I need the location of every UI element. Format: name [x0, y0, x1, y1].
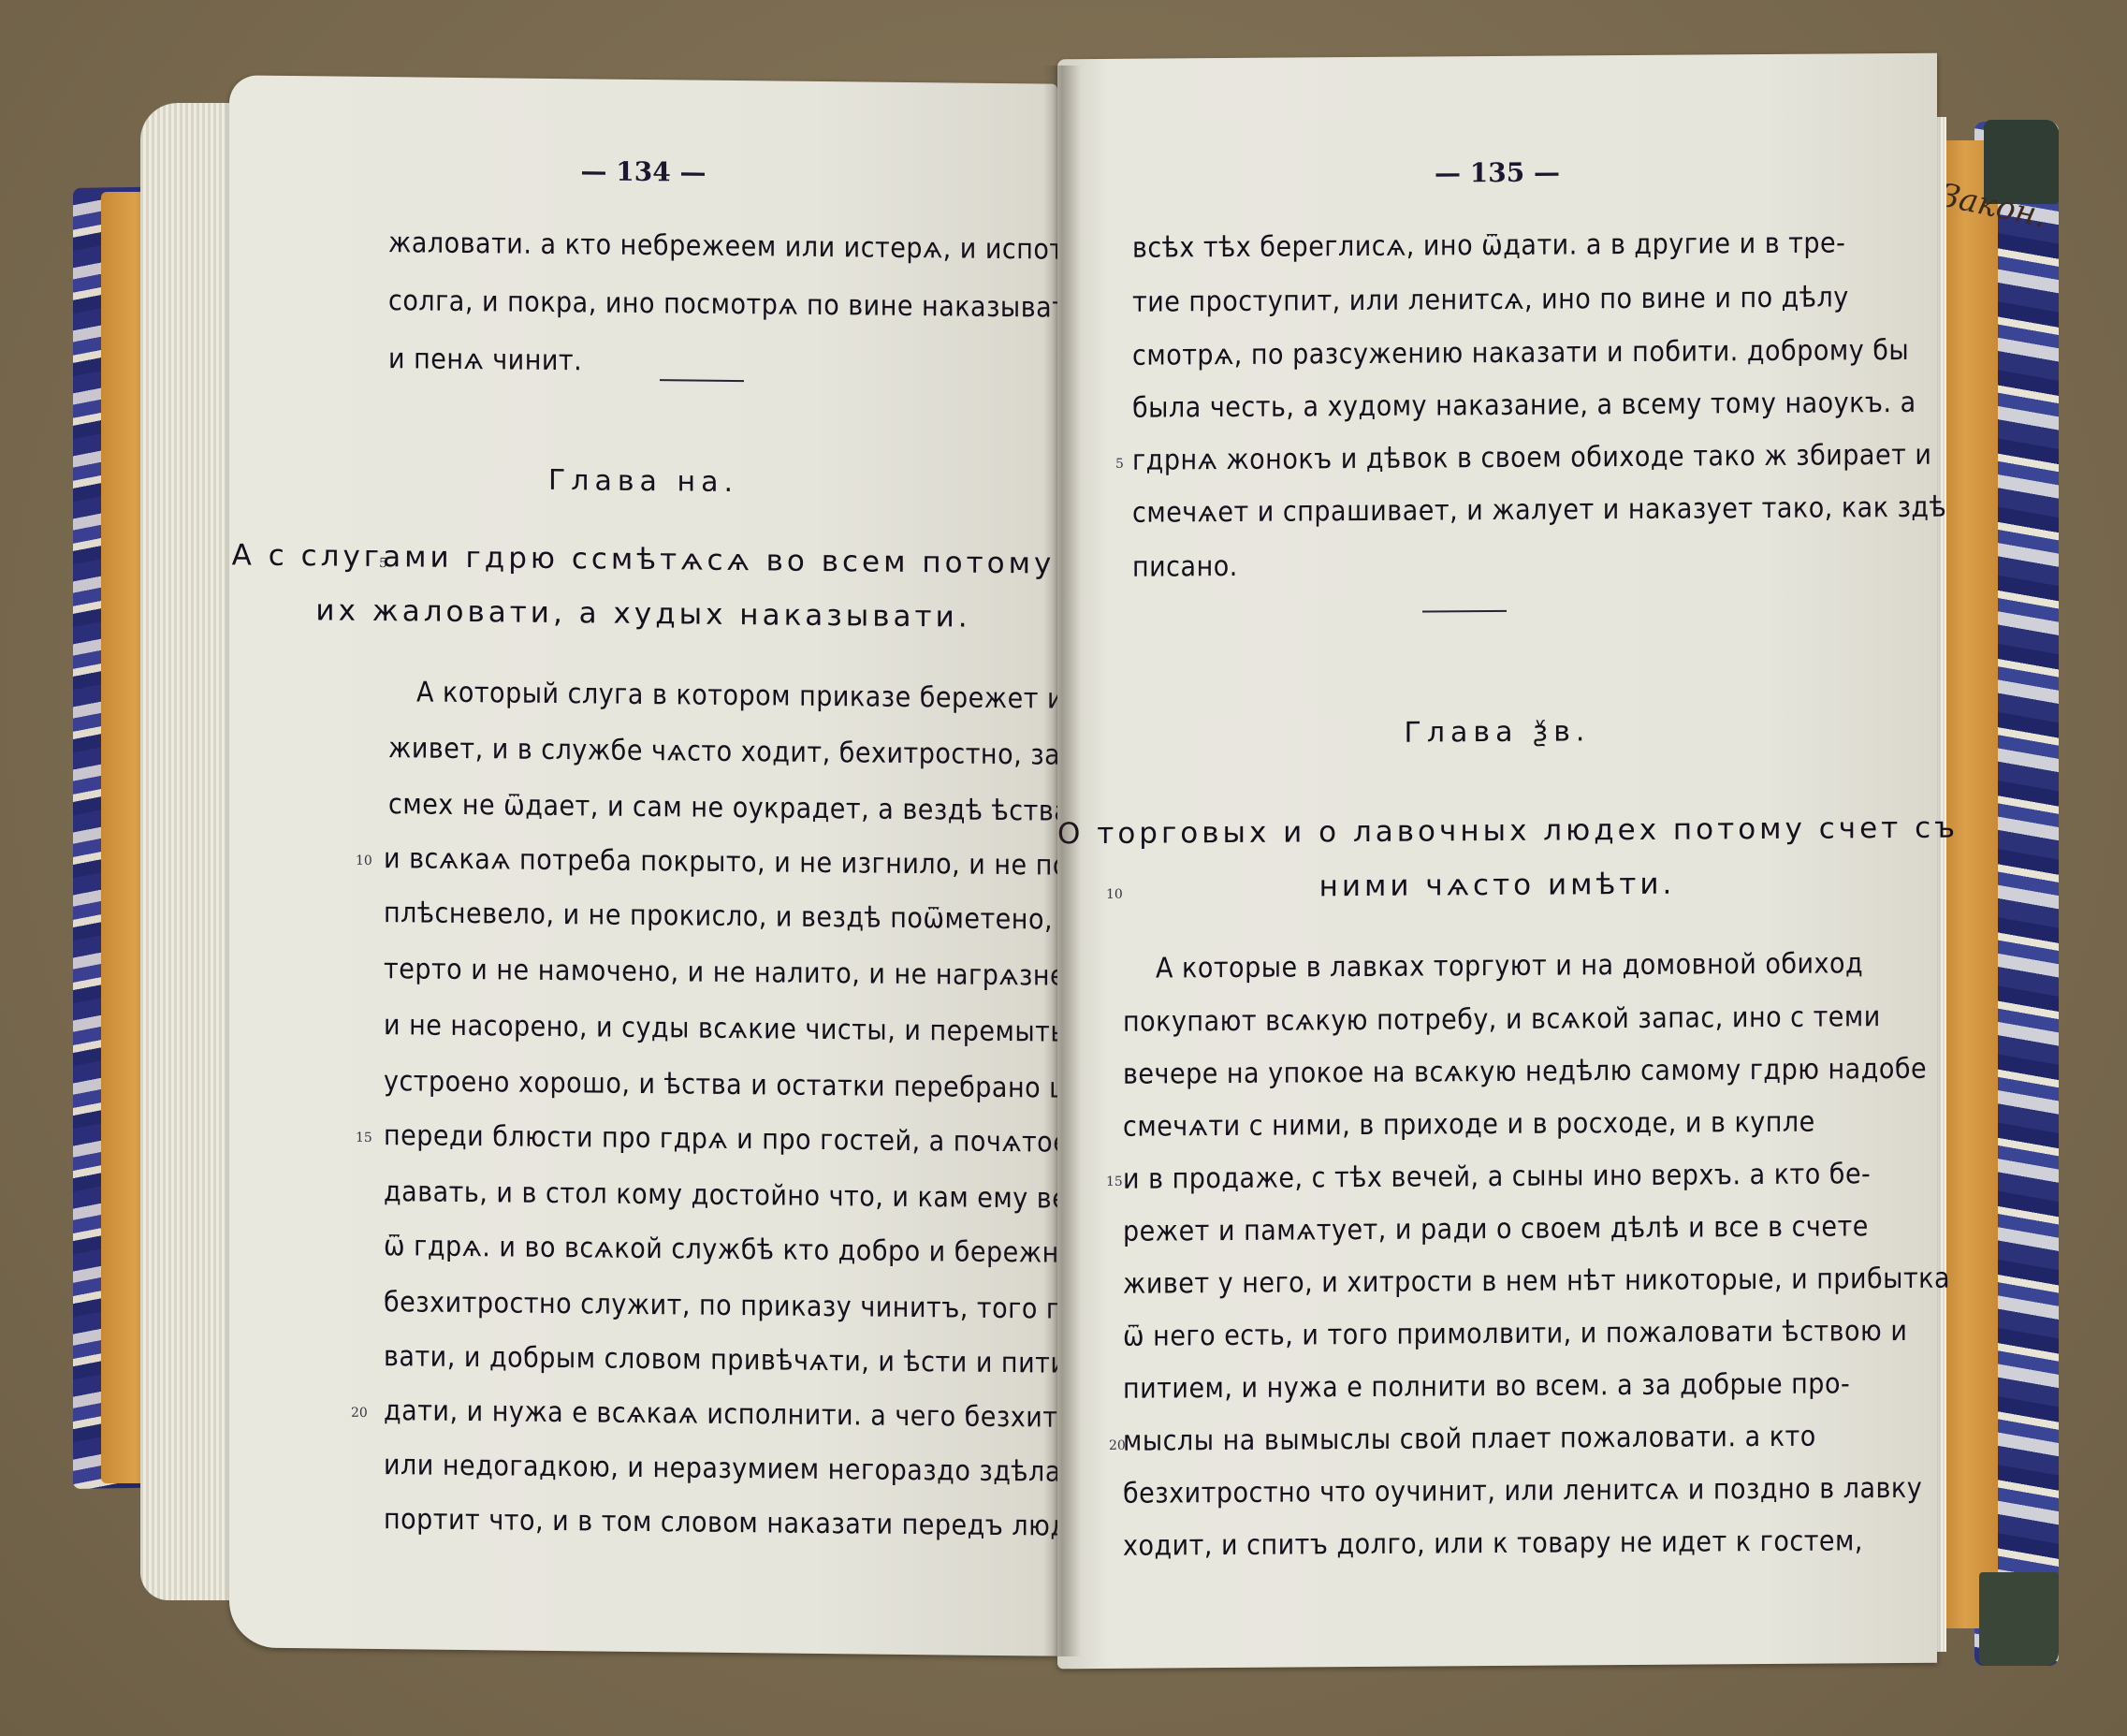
text-line: тие проступит, или ленитсѧ, ино по вине … — [1132, 281, 1849, 318]
open-book: Закон. — 134 — жаловати. а кто небрежеем… — [0, 0, 2127, 1736]
text-line: смотрѧ, по разсужению наказати и побити.… — [1132, 334, 1909, 372]
text-line: ходит, и спитъ долго, или к товару не ид… — [1123, 1524, 1863, 1563]
text-line: и всѧкаѧ потреба покрыто, и не изгнило, … — [384, 842, 1078, 883]
section-divider — [660, 379, 744, 382]
text-line: ѿ гдрѧ. и во всѧкой службѣ кто добро и б… — [384, 1230, 1100, 1270]
text-line: покупают всѧкую потребу, и всѧкой запас,… — [1123, 1000, 1881, 1039]
text-line: А которые в лавках торгуют и на домовной… — [1156, 947, 1863, 985]
text-line: всѣх тѣх береглисѧ, ино ѿдати. а в други… — [1132, 226, 1845, 264]
cover-corner-bottom — [1979, 1572, 2059, 1666]
text-line: ѿ него есть, и того примолвити, и пожало… — [1123, 1315, 1907, 1353]
right-page: — 135 — всѣх тѣх береглисѧ, ино ѿдати. а… — [1057, 53, 1937, 1670]
text-line: смечѧет и спрашивает, и жалует и наказуе… — [1132, 491, 1946, 530]
book-gutter — [1043, 66, 1081, 1656]
chapter-title: их жаловати, а худых наказывати. — [229, 592, 1057, 635]
text-line: гдрнѧ жонокъ и дѣвок в своем обиходе так… — [1132, 439, 1931, 477]
chapter-title: О торговых и о лавочных людех потому сче… — [1057, 811, 1937, 852]
text-line: режет и памѧтует, и ради о своем дѣлѣ и … — [1123, 1210, 1869, 1248]
line-number: 5 — [1115, 457, 1124, 472]
text-line: безхитростно что оучинит, или ленитсѧ и … — [1123, 1472, 1922, 1510]
text-line: писано. — [1132, 550, 1238, 584]
chapter-heading: Глава ѯв. — [1057, 713, 1937, 752]
text-line: давать, и в стол кому достойно что, и ка… — [384, 1175, 1135, 1216]
line-number: 15 — [356, 1131, 372, 1145]
line-number: 15 — [1106, 1174, 1123, 1189]
chapter-heading: Глава на. — [229, 460, 1057, 502]
text-line: смечѧти с ними, в приходе и в росходе, и… — [1123, 1106, 1815, 1144]
text-line: питием, и нужа е полнити во всем. а за д… — [1123, 1367, 1850, 1405]
chapter-title: ними чѧсто имѣти. — [1057, 866, 1937, 906]
text-line: жаловати. а кто небрежеем или истерѧ, и … — [388, 226, 987, 266]
line-number: 20 — [351, 1406, 368, 1421]
text-line: и не насорено, и суды всѧкие чисты, и пе… — [384, 1009, 1104, 1049]
page-stack-left — [140, 103, 243, 1600]
text-line: живет, и в службе чѧсто ходит, бехитрост… — [388, 732, 1112, 772]
line-number: 10 — [356, 853, 372, 868]
text-line: солга, и покра, ино посмотрѧ по вине нак… — [388, 284, 987, 324]
text-line: терто и не намочено, и не налито, и не н… — [384, 953, 1107, 993]
text-line: вечере на упокое на всѧкую недѣлю самому… — [1123, 1053, 1927, 1091]
text-line: и в продаже, с тѣх вечей, а сыны ино вер… — [1123, 1158, 1871, 1196]
page-number: — 135 — — [1057, 154, 1937, 192]
text-line: и пенѧ чинит. — [388, 343, 582, 377]
text-line: плѣсневело, и не прокисло, и вездѣ поѿме… — [384, 897, 1132, 937]
chapter-title: А с слугами гдрю ссмѣтѧсѧ во всем потому — [229, 538, 1057, 580]
text-line: была честь, а худому наказание, а всему … — [1132, 387, 1916, 425]
section-divider — [1422, 610, 1507, 613]
text-line: живет у него, и хитрости в нем нѣт никот… — [1123, 1262, 1950, 1301]
text-line: мыслы на вымыслы свой плает пожаловати. … — [1123, 1421, 1816, 1458]
page-number: — 134 — — [229, 152, 1057, 191]
text-line: вати, и добрым словом привѣчѧти, и ѣсти … — [384, 1340, 1118, 1380]
left-page: — 134 — жаловати. а кто небрежеем или ис… — [229, 75, 1057, 1656]
